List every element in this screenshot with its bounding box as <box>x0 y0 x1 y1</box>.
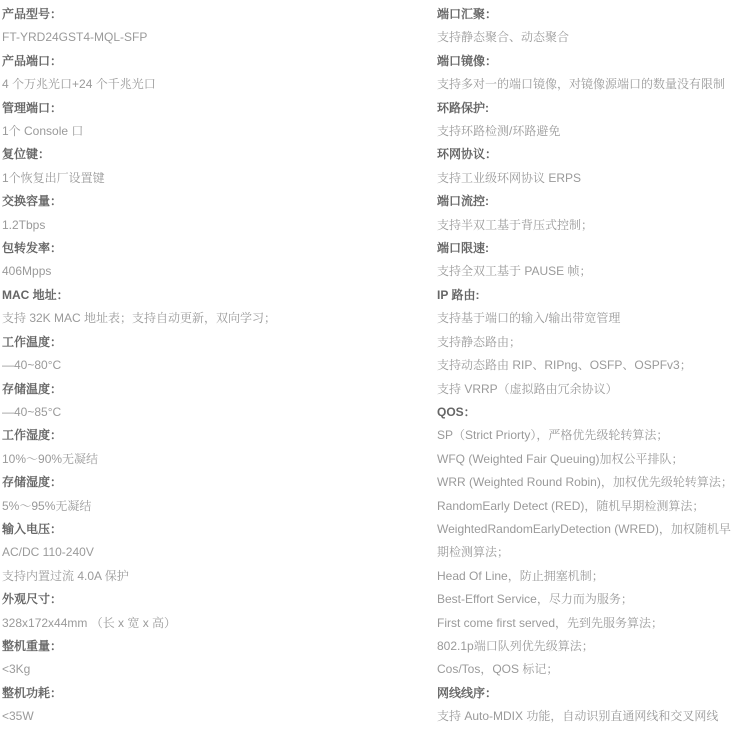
spec-label: 复位键： <box>2 143 437 166</box>
spec-value: WeightedRandomEarlyDetection (WRED)，加权随机… <box>437 518 737 565</box>
spec-value: WRR (Weighted Round Robin)，加权优先级轮转算法； <box>437 471 737 494</box>
spec-value: 10%～90%无凝结 <box>2 448 437 471</box>
spec-value: 支持 32K MAC 地址表；支持自动更新，双向学习； <box>2 307 437 330</box>
spec-value: SP（Strict Priorty），严格优先级轮转算法； <box>437 424 737 447</box>
spec-label: 端口镜像： <box>437 50 737 73</box>
spec-label: 环网协议： <box>437 143 737 166</box>
spec-value: 1个恢复出厂设置键 <box>2 167 437 190</box>
spec-value: 支持多对一的端口镜像，对镜像源端口的数量没有限制 <box>437 73 737 96</box>
spec-value: 4 个万兆光口+24 个千兆光口 <box>2 73 437 96</box>
spec-value: FT-YRD24GST4-MQL-SFP <box>2 26 437 49</box>
spec-column-right: 端口汇聚：支持静态聚合、动态聚合端口镜像：支持多对一的端口镜像，对镜像源端口的数… <box>437 3 737 729</box>
spec-value: Best-Effort Service，尽力而为服务； <box>437 588 737 611</box>
spec-label: 环路保护: <box>437 97 737 120</box>
spec-label: 存储温度： <box>2 378 437 401</box>
spec-value: 支持半双工基于背压式控制； <box>437 214 737 237</box>
spec-value: 802.1p端口队列优先级算法； <box>437 635 737 658</box>
spec-value: WFQ (Weighted Fair Queuing)加权公平排队； <box>437 448 737 471</box>
spec-label: 产品型号： <box>2 3 437 26</box>
spec-value: 支持基于端口的输入/输出带宽管理 <box>437 307 737 330</box>
spec-label: 网线线序： <box>437 682 737 705</box>
spec-value: 支持环路检测/环路避免 <box>437 120 737 143</box>
spec-value: <35W <box>2 705 437 728</box>
spec-label: 整机功耗： <box>2 682 437 705</box>
spec-value: RandomEarly Detect (RED)，随机早期检测算法； <box>437 495 737 518</box>
spec-value: Head Of Line，防止拥塞机制； <box>437 565 737 588</box>
spec-value: 支持全双工基于 PAUSE 帧； <box>437 260 737 283</box>
spec-value: <3Kg <box>2 658 437 681</box>
spec-label: 管理端口： <box>2 97 437 120</box>
spec-label: 端口汇聚： <box>437 3 737 26</box>
spec-value: 1.2Tbps <box>2 214 437 237</box>
spec-label: 输入电压： <box>2 518 437 541</box>
spec-value: 328x172x44mm （长 x 宽 x 高） <box>2 612 437 635</box>
spec-label: 存储湿度： <box>2 471 437 494</box>
spec-label: 包转发率： <box>2 237 437 260</box>
spec-label: 交换容量： <box>2 190 437 213</box>
spec-value: 支持动态路由 RIP、RIPng、OSFP、OSPFv3； <box>437 354 737 377</box>
spec-label: IP 路由: <box>437 284 737 307</box>
spec-sheet: 产品型号：FT-YRD24GST4-MQL-SFP产品端口：4 个万兆光口+24… <box>0 0 737 729</box>
spec-column-left: 产品型号：FT-YRD24GST4-MQL-SFP产品端口：4 个万兆光口+24… <box>2 3 437 729</box>
spec-label: 产品端口： <box>2 50 437 73</box>
spec-value: 支持 Auto-MDIX 功能，自动识别直通网线和交叉网线 <box>437 705 737 728</box>
spec-label: 端口限速: <box>437 237 737 260</box>
spec-value: Cos/Tos，QOS 标记； <box>437 658 737 681</box>
spec-value: 支持内置过流 4.0A 保护 <box>2 565 437 588</box>
spec-value: 支持静态聚合、动态聚合 <box>437 26 737 49</box>
spec-value: First come first served，先到先服务算法； <box>437 612 737 635</box>
spec-value: AC/DC 110-240V <box>2 541 437 564</box>
spec-label: 端口流控: <box>437 190 737 213</box>
spec-value: —40~85°C <box>2 401 437 424</box>
spec-label: 外观尺寸： <box>2 588 437 611</box>
spec-value: 1个 Console 口 <box>2 120 437 143</box>
spec-value: 支持静态路由； <box>437 331 737 354</box>
spec-label: 工作温度： <box>2 331 437 354</box>
spec-label: QOS： <box>437 401 737 424</box>
spec-value: 406Mpps <box>2 260 437 283</box>
spec-value: 5%～95%无凝结 <box>2 495 437 518</box>
spec-label: MAC 地址： <box>2 284 437 307</box>
spec-label: 工作湿度： <box>2 424 437 447</box>
spec-value: 支持工业级环网协议 ERPS <box>437 167 737 190</box>
spec-label: 整机重量： <box>2 635 437 658</box>
spec-value: —40~80°C <box>2 354 437 377</box>
spec-value: 支持 VRRP（虚拟路由冗余协议） <box>437 378 737 401</box>
